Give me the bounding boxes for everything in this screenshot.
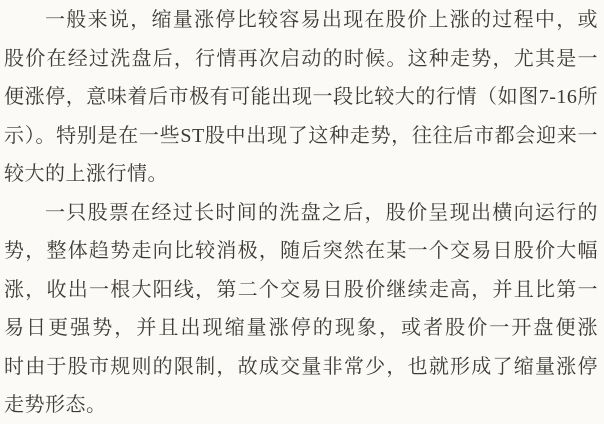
text-line: 一般来说，缩量涨停比较容易出现在股价上涨的过程中，或者是 [4,1,598,40]
text-line: 较大的上涨行情。 [4,155,598,194]
text-line: 走势形态。 [4,386,598,424]
text-line: 势，整体趋势走向比较消极，随后突然在某一个交易日股价大幅上 [4,232,598,271]
text-line: 时由于股市规则的限制，故成交量非常少，也就形成了缩量涨停这种 [4,348,598,387]
text-line: 便涨停，意味着后市极有可能出现一段比较大的行情（如图7-16所 [4,78,598,117]
text-line: 一只股票在经过长时间的洗盘之后，股价呈现出横向运行的态 [4,194,598,233]
text-line: 涨，收出一根大阳线，第二个交易日股价继续走高，并且比第一个交 [4,271,598,310]
document-page: 一般来说，缩量涨停比较容易出现在股价上涨的过程中，或者是 股价在经过洗盘后，行情… [0,0,604,424]
paragraph-1: 一般来说，缩量涨停比较容易出现在股价上涨的过程中，或者是 股价在经过洗盘后，行情… [4,1,598,194]
text-line: 股价在经过洗盘后，行情再次启动的时候。这种走势，尤其是一开盘 [4,40,598,79]
text-line: 易日更强势，并且出现缩量涨停的现象，或者股价一开盘便涨停，此 [4,309,598,348]
paragraph-2: 一只股票在经过长时间的洗盘之后，股价呈现出横向运行的态 势，整体趋势走向比较消极… [4,194,598,424]
text-line: 示）。特别是在一些ST股中出现了这种走势，往往后市都会迎来一波 [4,117,598,156]
